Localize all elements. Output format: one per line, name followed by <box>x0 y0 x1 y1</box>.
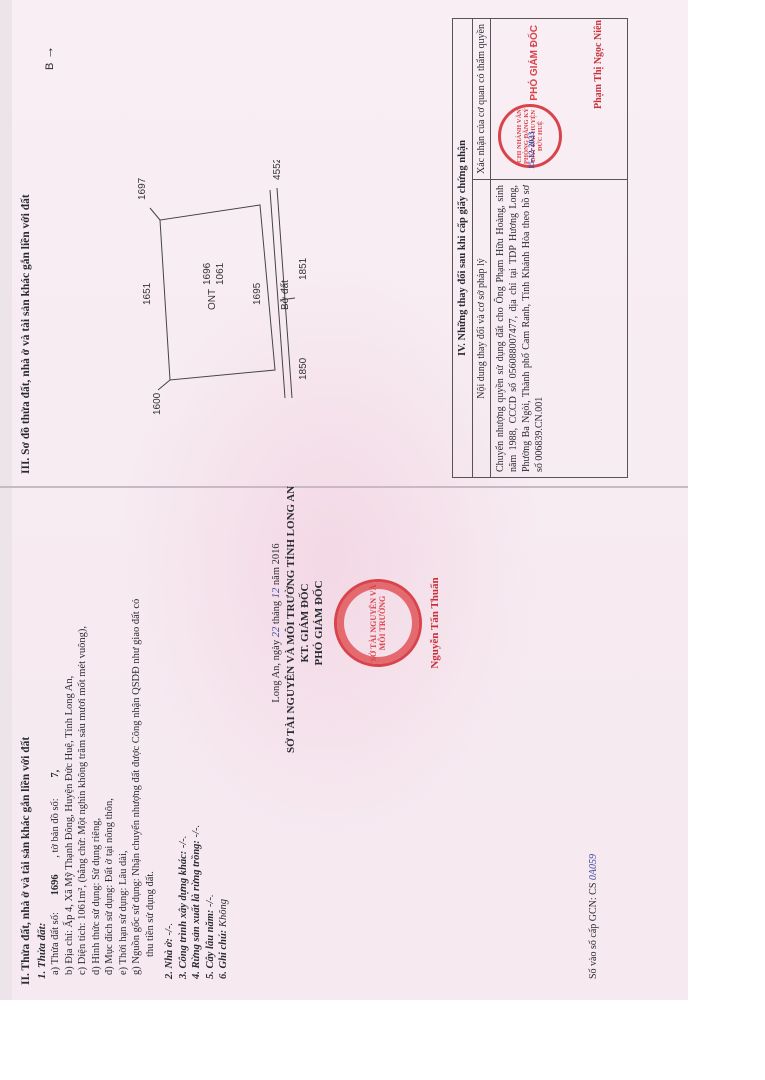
land-heading: 1. Thửa đất: <box>36 505 48 979</box>
perennial-item: 5. Cây lâu năm: -/-. <box>204 505 218 979</box>
section-iv-title: IV. Những thay đổi sau khi cấp giấy chứn… <box>453 19 473 478</box>
signer-name: Nguyễn Tấn Thuấn <box>428 493 442 753</box>
section-ii-title: II. Thửa đất, nhà ở và tài sản khác gắn … <box>20 505 32 985</box>
other-construction-item: 3. Công trình xây dựng khác: -/-. <box>177 505 191 979</box>
certificate-scan: II. Thửa đất, nhà ở và tài sản khác gắn … <box>0 0 688 1000</box>
use-term-line: e) Thời hạn sử dụng: Lâu dài, <box>117 505 131 975</box>
issue-date: Long An, ngày 22 tháng 12 năm 2016 <box>270 493 284 753</box>
confirm-date: 15-12-2023 <box>527 132 536 169</box>
page-section-ii: II. Thửa đất, nhà ở và tài sản khác gắn … <box>20 505 660 985</box>
map-parcel-code: ONT <box>207 289 218 310</box>
svg-text:1600: 1600 <box>152 392 163 415</box>
confirm-name: Phạm Thị Ngọc Niên <box>593 20 604 109</box>
svg-text:1697: 1697 <box>137 177 148 200</box>
house-item: 2. Nhà ở: -/-. <box>163 505 177 979</box>
page-edge <box>0 0 12 1000</box>
section-iii-title: III. Sơ đồ thửa đất, nhà ở và tài sản kh… <box>20 10 32 474</box>
parcel-map: ONT 1696 1061 1600 1697 4552 1651 1695 1… <box>110 160 330 420</box>
note-item: 6. Ghi chú: Không <box>217 505 231 979</box>
map-sheet-number: 7, <box>50 770 61 778</box>
page-section-iii-iv: III. Sơ đồ thửa đất, nhà ở và tài sản kh… <box>20 10 680 480</box>
col-confirm-header: Xác nhận của cơ quan có thẩm quyền <box>473 19 491 180</box>
address-line: b) Địa chỉ: Ấp 4, Xã Mỹ Thạnh Đông, Huyệ… <box>63 505 77 975</box>
col-content-header: Nội dung thay đổi và cơ sở pháp lý <box>473 180 491 478</box>
on-behalf: KT. GIÁM ĐỐC <box>298 493 312 753</box>
official-stamp-icon: SỞ TÀI NGUYÊN VÀ MÔI TRƯỜNG <box>334 579 422 667</box>
north-arrow-icon: B → <box>40 46 56 70</box>
svg-text:1850: 1850 <box>298 357 309 380</box>
parcel-label: a) Thửa đất số: <box>50 912 61 975</box>
use-form-line: d) Hình thức sử dụng: Sử dụng riêng, <box>90 505 104 975</box>
map-parcel-area: 1061 <box>215 262 226 285</box>
change-content: Chuyển nhượng quyền sử dụng đất cho Ông … <box>491 180 628 478</box>
boundary-label: Bờ đất <box>279 280 291 310</box>
origin-cont-line: thu tiền sử dụng đất. <box>144 505 158 957</box>
parcel-line: a) Thửa đất số: 1696 , tờ bản đồ số: 7, <box>49 505 63 975</box>
area-line: c) Diện tích: 1061m², (bằng chữ: Một ngh… <box>76 505 90 975</box>
svg-text:4552: 4552 <box>272 160 283 180</box>
map-sheet-label: , tờ bản đồ số: <box>50 798 61 858</box>
signer-position: PHÓ GIÁM ĐỐC <box>312 493 326 753</box>
svg-text:1651: 1651 <box>142 282 153 305</box>
use-purpose-line: đ) Mục đích sử dụng: Đất ở tại nông thôn… <box>103 505 117 975</box>
svg-text:1851: 1851 <box>298 257 309 280</box>
confirm-role: PHÓ GIÁM ĐỐC <box>529 25 540 101</box>
parcel-number: 1696 <box>50 874 61 895</box>
issuing-organization: SỞ TÀI NGUYÊN VÀ MÔI TRƯỜNG TỈNH LONG AN <box>284 493 298 753</box>
changes-table: IV. Những thay đổi sau khi cấp giấy chứn… <box>452 18 628 478</box>
change-confirmation: 15-12-2023 CHI NHÁNH VĂN PHÒNG ĐĂNG KÝ Đ… <box>491 19 628 180</box>
production-forest-item: 4. Rừng sản xuất là rừng trồng: -/-. <box>190 505 204 979</box>
map-parcel-number: 1696 <box>202 262 213 285</box>
origin-line: g) Nguồn gốc sử dụng: Nhận chuyển nhượng… <box>130 505 144 975</box>
serial-number: Số vào sổ cấp GCN: CS 0A059 <box>588 854 599 979</box>
fold-line <box>0 486 688 488</box>
svg-text:1695: 1695 <box>252 282 263 305</box>
signature-block: Long An, ngày 22 tháng 12 năm 2016 SỞ TÀ… <box>270 493 442 753</box>
